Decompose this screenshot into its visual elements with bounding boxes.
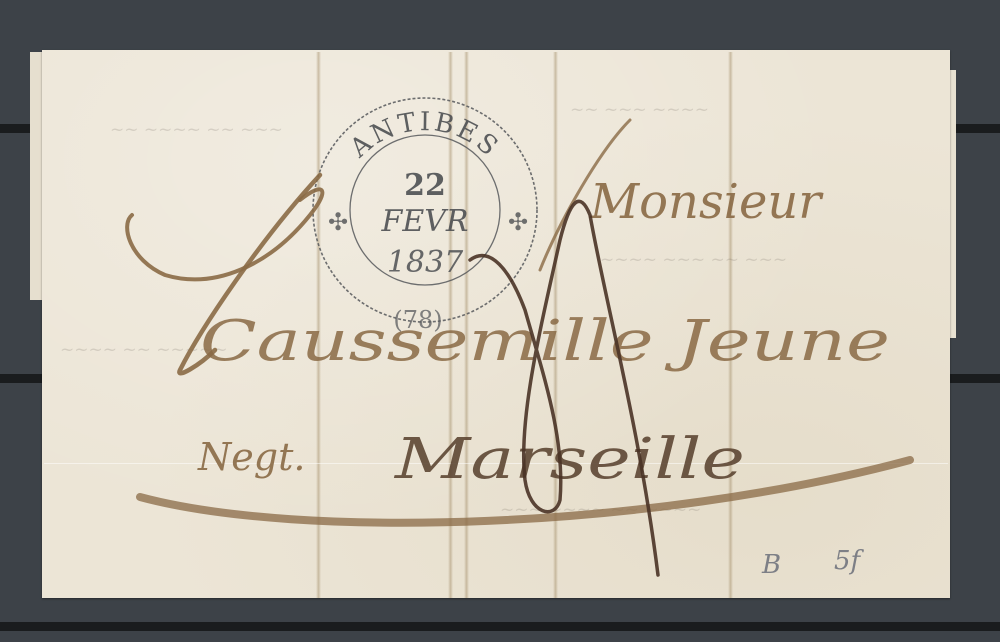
addressee-name: Caussemille Jeune (200, 309, 890, 374)
postmark-ornament-left: ✣ (328, 208, 348, 236)
postmark-ornament-right: ✣ (508, 208, 528, 236)
pencil-grade-note: B (762, 550, 781, 580)
postmark-town: ANTIBES (344, 107, 506, 164)
postmark-month: FEVR (381, 204, 469, 239)
salutation-monsieur: Monsieur (589, 174, 824, 230)
postmark-year: 1837 (387, 245, 464, 280)
addressee-occupation: Negt. (197, 435, 305, 479)
postmark-day: 22 (404, 168, 446, 203)
destination-city: Marseille (394, 427, 745, 492)
pencil-price-note: 5f (834, 546, 860, 576)
